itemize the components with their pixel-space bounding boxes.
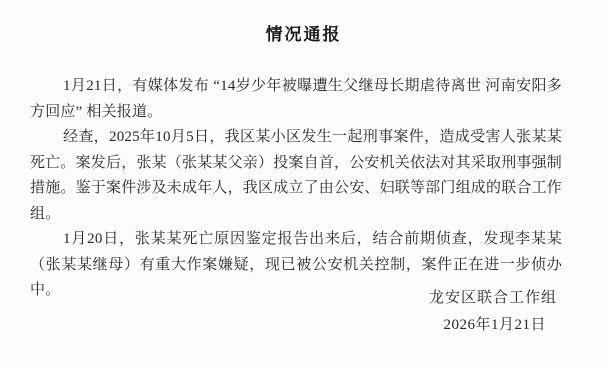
signature-organization: 龙安区联合工作组 — [429, 289, 562, 307]
notice-paragraph-1: 1月21日，有媒体发布 “14岁少年被曝遭生父继母长期虐待离世 河南安阳多方回应… — [30, 74, 562, 125]
notice-document: 情况通报 1月21日，有媒体发布 “14岁少年被曝遭生父继母长期虐待离世 河南安… — [0, 0, 607, 368]
notice-title: 情况通报 — [0, 20, 607, 45]
signature-block: 龙安区联合工作组 2026年1月21日 — [429, 289, 562, 334]
notice-body: 1月21日，有媒体发布 “14岁少年被曝遭生父继母长期虐待离世 河南安阳多方回应… — [0, 74, 607, 304]
notice-paragraph-2: 经查，2025年10月5日，我区某小区发生一起刑事案件，造成受害人张某某死亡。案… — [30, 125, 562, 227]
signature-date: 2026年1月21日 — [429, 316, 562, 334]
